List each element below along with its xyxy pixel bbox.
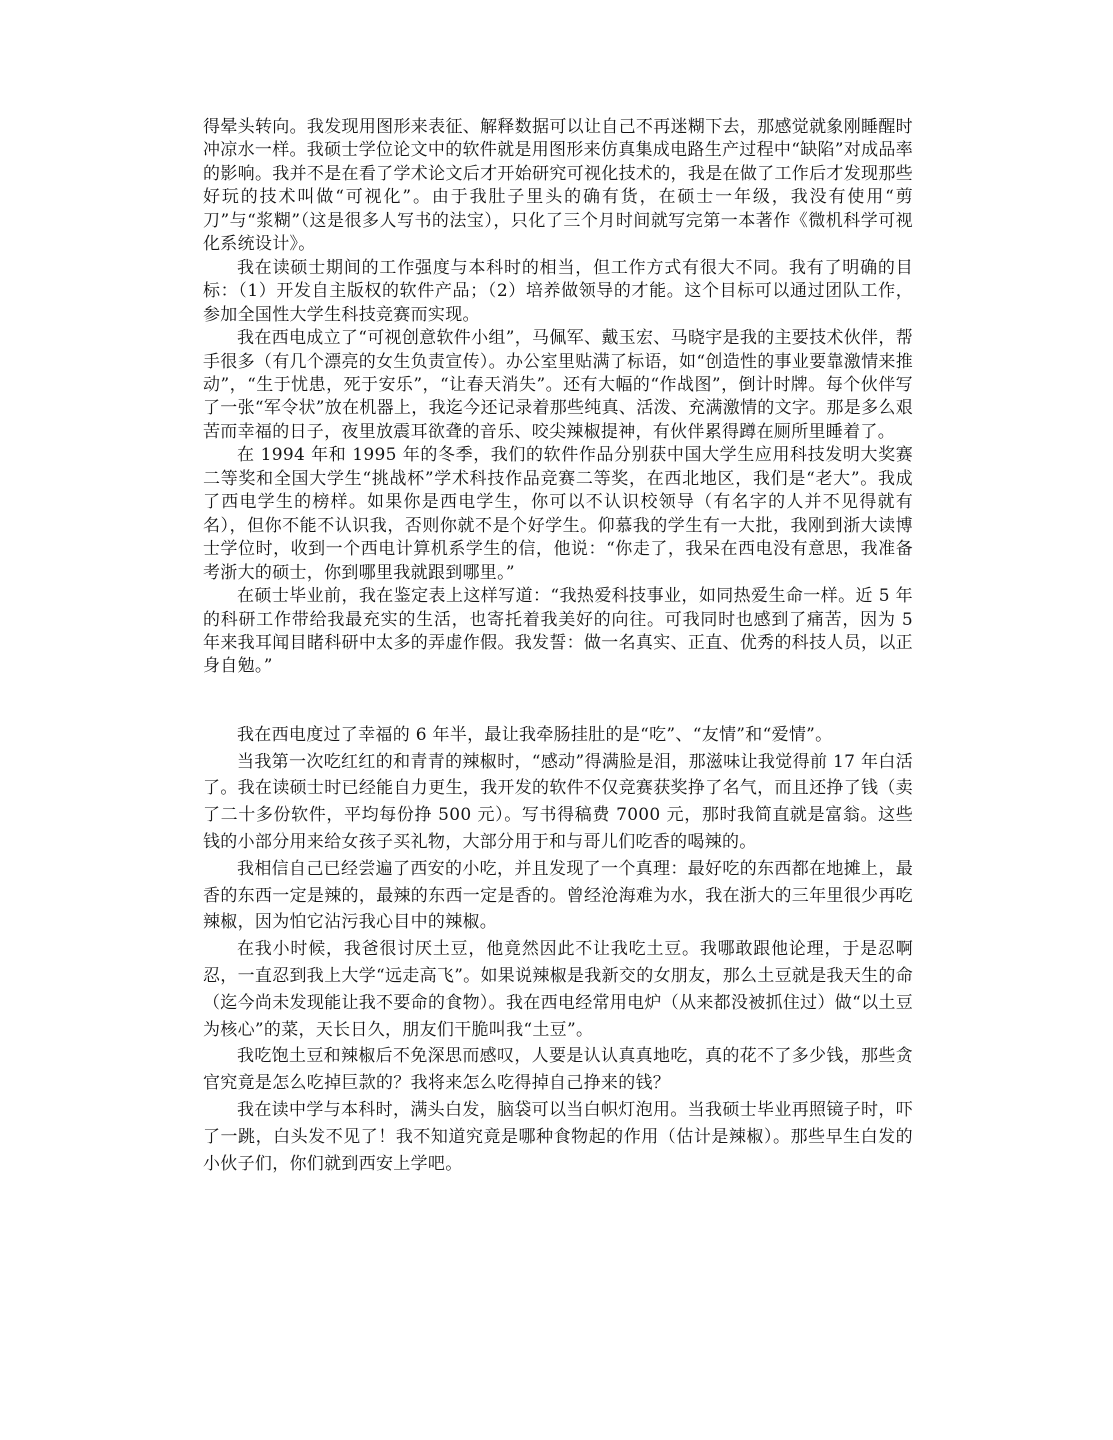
paragraph-visualization-thesis: 得晕头转向。我发现用图形来表征、解释数据可以让自己不再迷糊下去，那感觉就象刚睡醒…: [203, 116, 913, 257]
paragraph-software-team: 我在西电成立了“可视创意软件小组”，马佩军、戴玉宏、马晓宇是我的主要技术伙伴，帮…: [203, 327, 913, 444]
paragraph-six-and-half-years: 我在西电度过了幸福的 6 年半，最让我牵肠挂肚的是“吃”、“友情”和“爱情”。: [203, 722, 913, 749]
paragraph-chili-pepper: 当我第一次吃红红的和青青的辣椒时，“感动”得满脸是泪，那滋味让我觉得前 17 年…: [203, 749, 913, 856]
paragraph-xian-snacks: 我相信自己已经尝遍了西安的小吃，并且发现了一个真理：最好吃的东西都在地摊上，最香…: [203, 856, 913, 936]
paragraph-graduate-goals: 我在读硕士期间的工作强度与本科时的相当，但工作方式有很大不同。我有了明确的目标：…: [203, 257, 913, 327]
paragraph-potato: 在我小时候，我爸很讨厌土豆，他竟然因此不让我吃土豆。我哪敢跟他论理，于是忍啊忍，…: [203, 936, 913, 1043]
document-page: 得晕头转向。我发现用图形来表征、解释数据可以让自己不再迷糊下去，那感觉就象刚睡醒…: [203, 116, 913, 1177]
text-section-graduate-years: 得晕头转向。我发现用图形来表征、解释数据可以让自己不再迷糊下去，那感觉就象刚睡醒…: [203, 116, 913, 679]
paragraph-graduation-pledge: 在硕士毕业前，我在鉴定表上这样写道：“我热爱科技事业，如同热爱生命一样。近 5 …: [203, 585, 913, 679]
text-section-food-and-life: 我在西电度过了幸福的 6 年半，最让我牵肠挂肚的是“吃”、“友情”和“爱情”。 …: [203, 722, 913, 1178]
paragraph-white-hair: 我在读中学与本科时，满头白发，脑袋可以当白帜灯泡用。当我硕士毕业再照镜子时，吓了…: [203, 1097, 913, 1177]
paragraph-reflection: 我吃饱土豆和辣椒后不免深思而感叹，人要是认认真真地吃，真的花不了多少钱，那些贪官…: [203, 1043, 913, 1097]
paragraph-competition-awards: 在 1994 年和 1995 年的冬季，我们的软件作品分别获中国大学生应用科技发…: [203, 444, 913, 585]
